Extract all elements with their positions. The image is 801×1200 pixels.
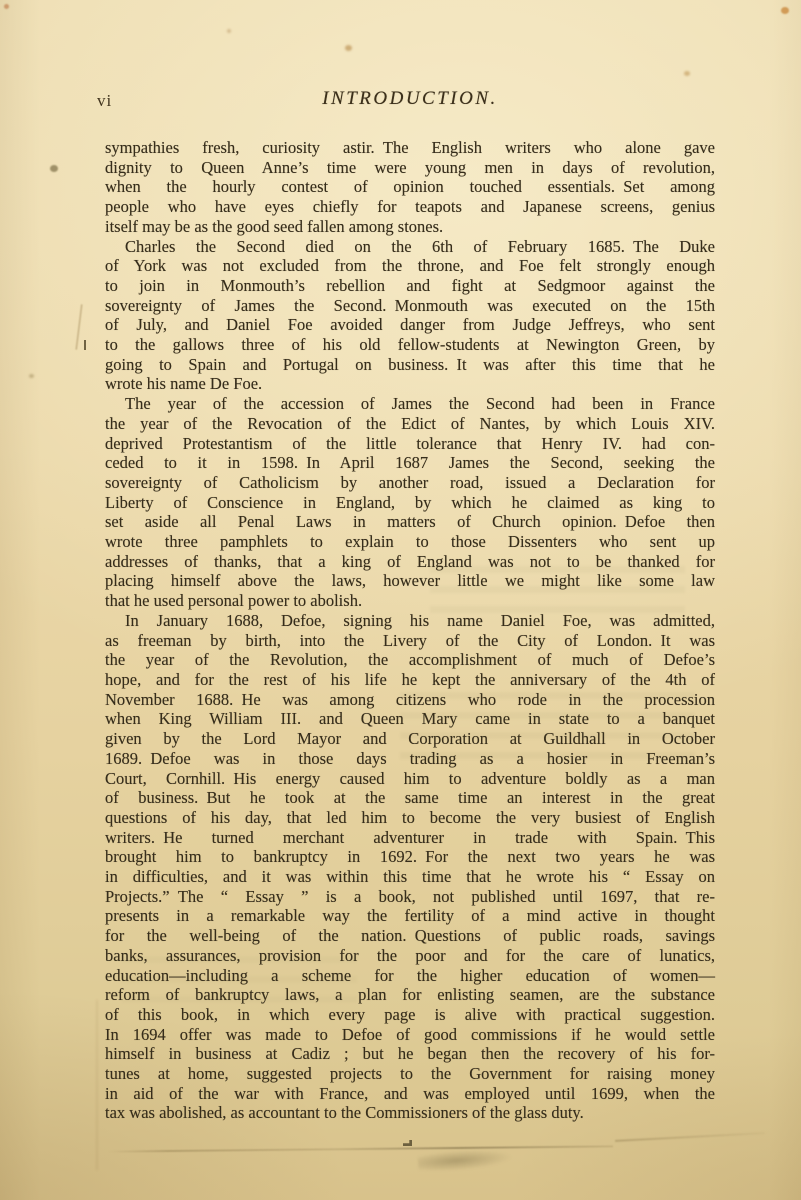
text-line: people who have eyes chiefly for teapots… (105, 197, 715, 217)
text-line: sympathies fresh, curiosity astir. The E… (105, 138, 715, 158)
text-line: in aid of the war with France, and was e… (105, 1084, 715, 1104)
paragraph: Charles the Second died on the 6th of Fe… (105, 237, 715, 395)
text-line: ceded to it in 1598. In April 1687 James… (105, 453, 715, 473)
text-line: In January 1688, Defoe, signing his name… (105, 611, 715, 631)
text-block: sympathies fresh, curiosity astir. The E… (105, 138, 715, 1123)
margin-ink-mark (84, 340, 86, 350)
text-line: banks, assurances, provision for the poo… (105, 946, 715, 966)
text-line: given by the Lord Mayor and Corporation … (105, 729, 715, 749)
paragraph: The year of the accession of James the S… (105, 394, 715, 611)
stain-streak (615, 1132, 765, 1142)
text-line: the year of the Revocation of the Edict … (105, 414, 715, 434)
text-line: hope, and for the rest of his life he ke… (105, 670, 715, 690)
foxing-spot (345, 45, 352, 51)
text-line: itself may be as the good seed fallen am… (105, 217, 715, 237)
text-line: addresses of thanks, that a king of Engl… (105, 552, 715, 572)
paragraph: In January 1688, Defoe, signing his name… (105, 611, 715, 1123)
text-line: when the hourly contest of opinion touch… (105, 177, 715, 197)
text-line: Charles the Second died on the 6th of Fe… (105, 237, 715, 257)
text-line: when King William III. and Queen Mary ca… (105, 709, 715, 729)
text-line: deprived Protestantism of the little tol… (105, 434, 715, 454)
book-page: vi INTRODUCTION. sympathies fresh, curio… (0, 0, 801, 1200)
foxing-spot (4, 4, 9, 9)
text-line: sovereignty of Catholicism by another ro… (105, 473, 715, 493)
margin-scratch (75, 304, 83, 350)
page-header: vi INTRODUCTION. (105, 88, 715, 112)
text-line: tunes at home, suggested projects to the… (105, 1064, 715, 1084)
text-line: wrote three pamphlets to explain to thos… (105, 532, 715, 552)
text-line: 1689. Defoe was in those days trading as… (105, 749, 715, 769)
text-line: as freeman by birth, into the Livery of … (105, 631, 715, 651)
foxing-spot (781, 7, 789, 14)
text-line: writers. He turned merchant adventurer i… (105, 828, 715, 848)
text-line: tax was abolished, as accountant to the … (105, 1103, 715, 1123)
text-line: education—including a scheme for the hig… (105, 966, 715, 986)
foxing-spot (227, 29, 231, 33)
text-line: Projects.” The “ Essay ” is a book, not … (105, 887, 715, 907)
text-line: sovereignty of James the Second. Monmout… (105, 296, 715, 316)
text-line: questions of his day, that led him to be… (105, 808, 715, 828)
text-line: Liberty of Conscience in England, by whi… (105, 493, 715, 513)
text-line: for the well-being of the nation. Questi… (105, 926, 715, 946)
stain-streak (108, 1145, 613, 1152)
text-line: wrote his name De Foe. (105, 374, 715, 394)
text-line: The year of the accession of James the S… (105, 394, 715, 414)
text-line: presents in a remarkable way the fertili… (105, 906, 715, 926)
text-line: Court, Cornhill. His energy caused him t… (105, 769, 715, 789)
text-line: that he used personal power to abolish. (105, 591, 715, 611)
text-line: placing himself above the laws, however … (105, 571, 715, 591)
running-title: INTRODUCTION. (105, 88, 715, 110)
text-line: of business. But he took at the same tim… (105, 788, 715, 808)
text-line: of York was not excluded from the throne… (105, 256, 715, 276)
text-line: dignity to Queen Anne’s time were young … (105, 158, 715, 178)
paper-crease (96, 1000, 98, 1170)
text-line: brought him to bankruptcy in 1692. For t… (105, 847, 715, 867)
ink-speck (50, 165, 58, 172)
foxing-spot (29, 374, 34, 378)
text-line: of this book, in which every page is ali… (105, 1005, 715, 1025)
text-line: reform of bankruptcy laws, a plan for en… (105, 985, 715, 1005)
text-line: going to Spain and Portugal on business.… (105, 355, 715, 375)
text-line: November 1688. He was among citizens who… (105, 690, 715, 710)
foxing-spot (684, 71, 690, 76)
text-line: the year of the Revolution, the accompli… (105, 650, 715, 670)
text-line: himself in business at Cadiz ; but he be… (105, 1044, 715, 1064)
text-line: set aside all Penal Laws in matters of C… (105, 512, 715, 532)
ink-smudge (403, 1140, 412, 1146)
text-line: In 1694 offer was made to Defoe of good … (105, 1025, 715, 1045)
text-line: of July, and Daniel Foe avoided danger f… (105, 315, 715, 335)
paragraph: sympathies fresh, curiosity astir. The E… (105, 138, 715, 237)
text-line: to the gallows three of his old fellow-s… (105, 335, 715, 355)
text-line: in difficulties, and it was within this … (105, 867, 715, 887)
bottom-stain (417, 1147, 513, 1174)
text-line: to join in Monmouth’s rebellion and figh… (105, 276, 715, 296)
